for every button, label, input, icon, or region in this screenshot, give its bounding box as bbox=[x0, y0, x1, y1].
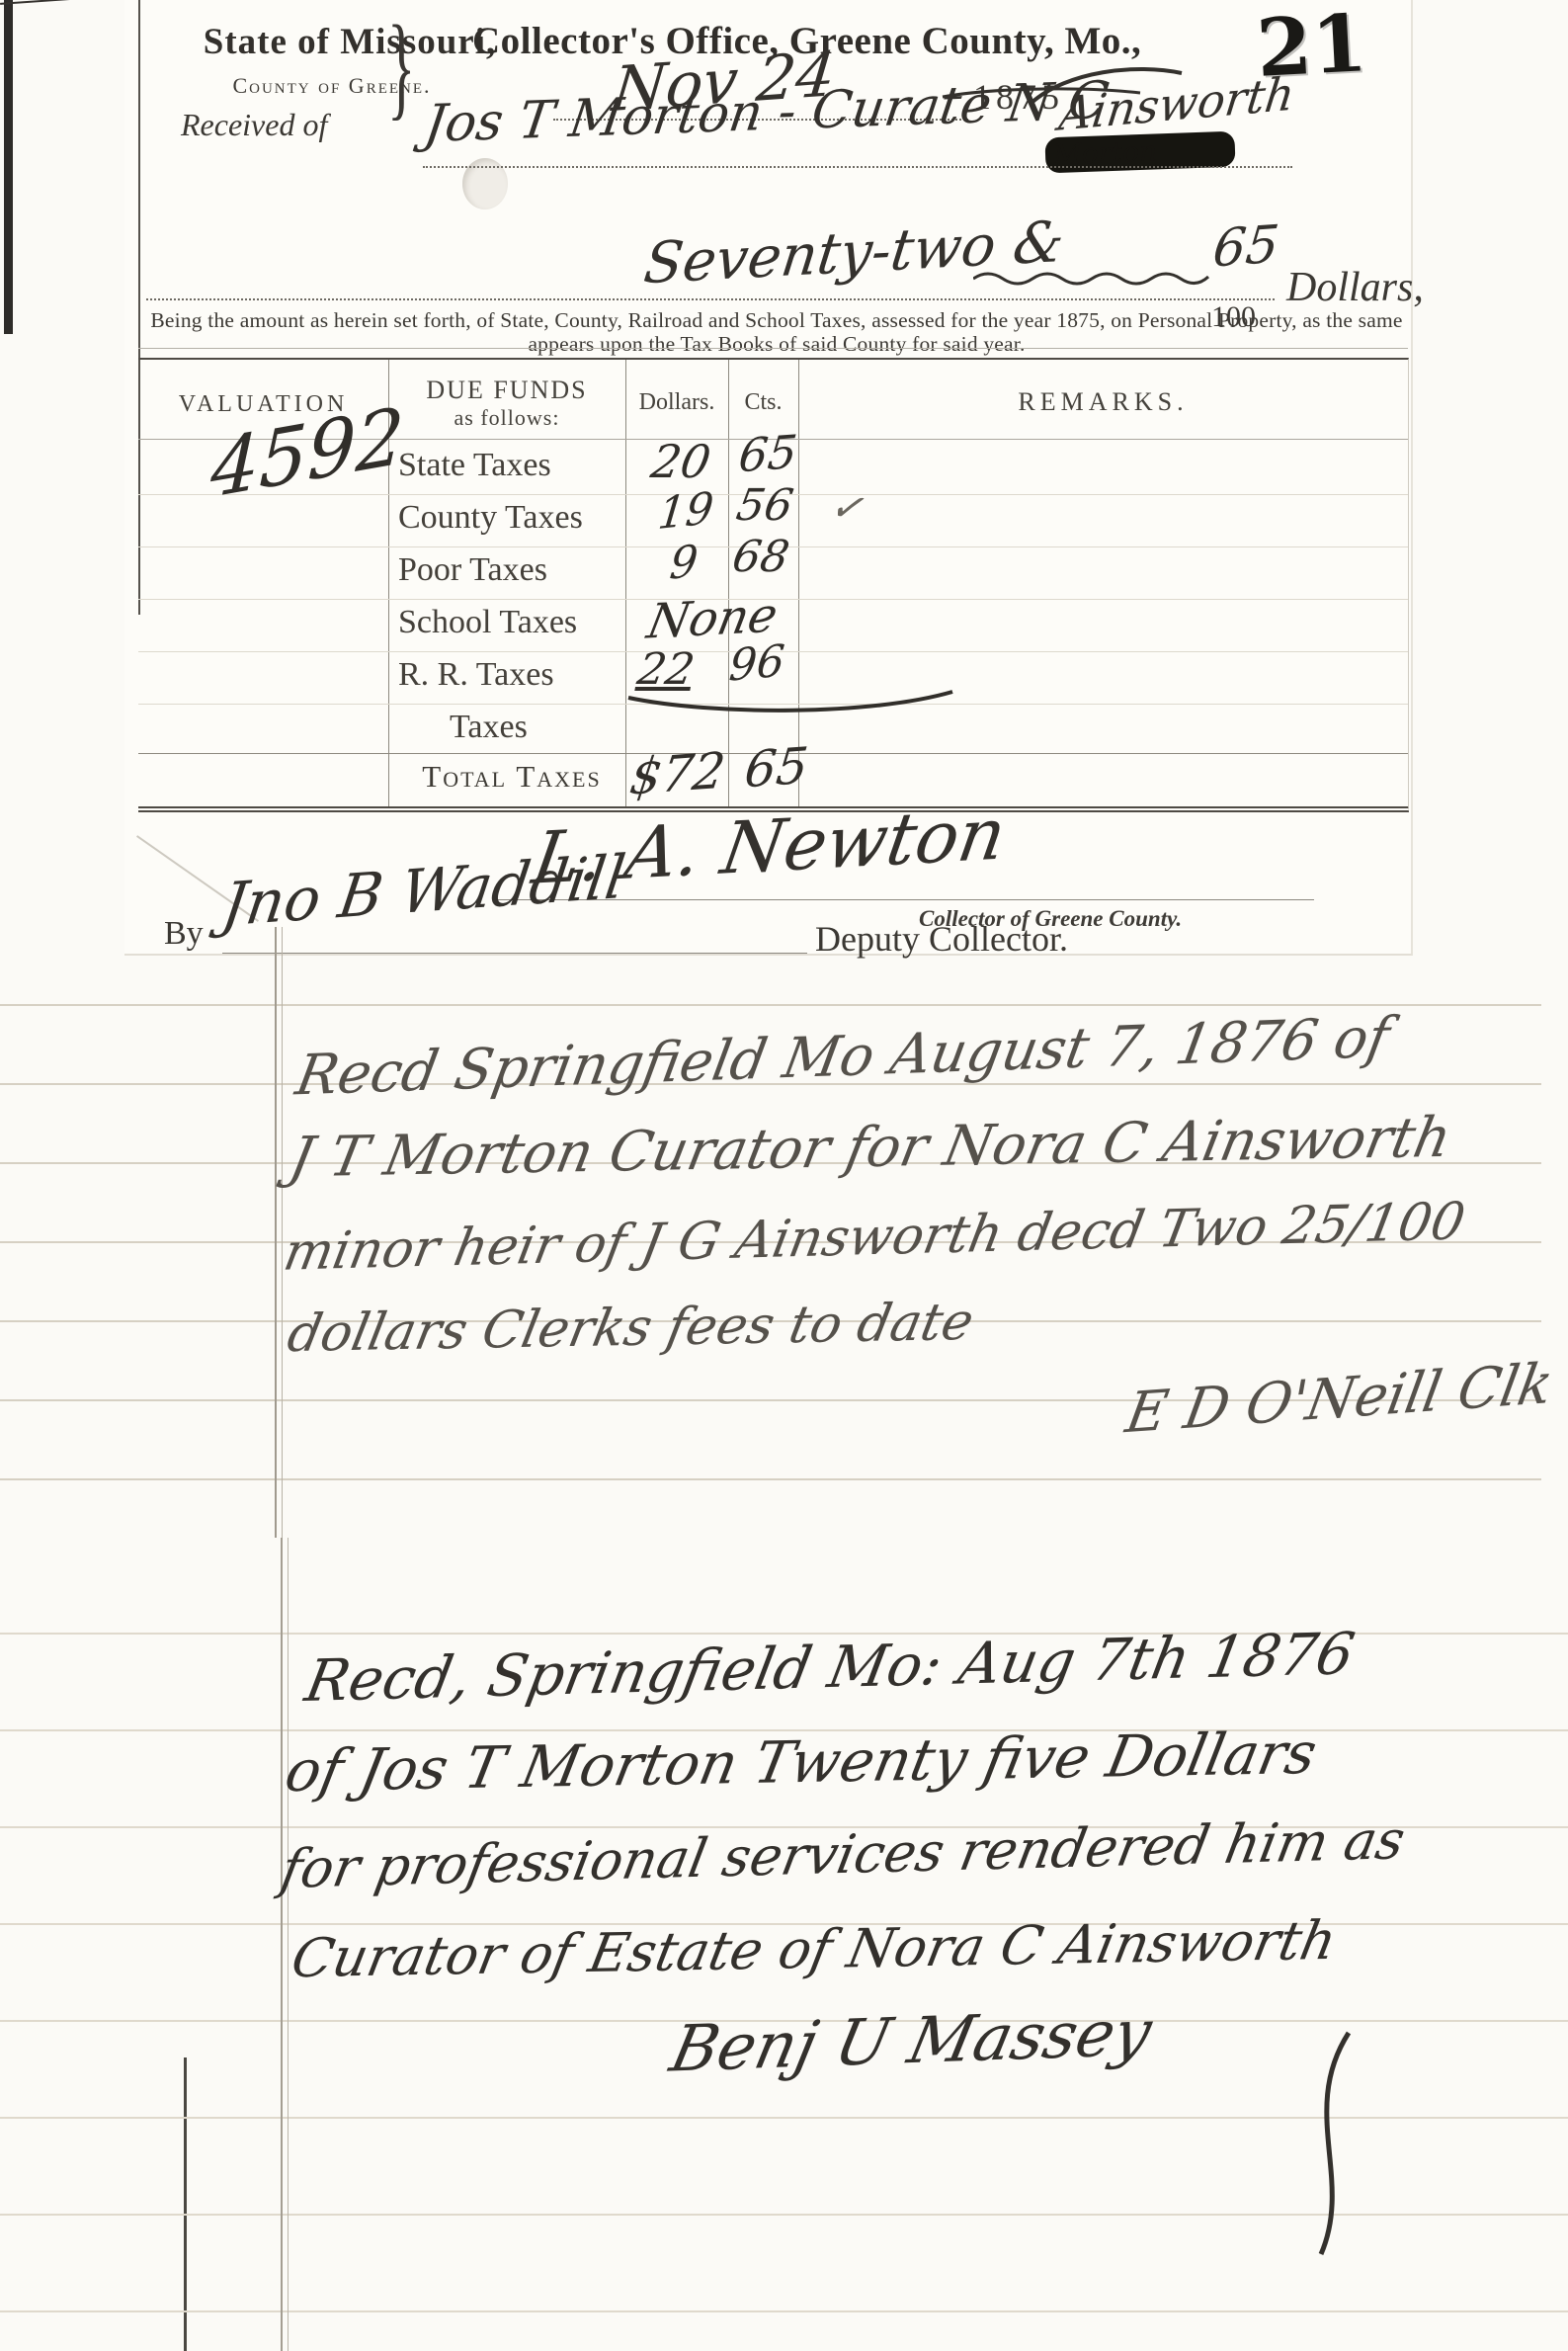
row-label-taxes: Taxes bbox=[450, 709, 528, 746]
col-header-cts: Cts. bbox=[728, 389, 798, 417]
tax-table: VALUATION DUE FUNDS as follows: Dollars.… bbox=[138, 358, 1409, 812]
dollars-label: Dollars, bbox=[1286, 267, 1424, 308]
col-header-due-funds-line1: DUE FUNDS bbox=[426, 376, 587, 404]
payer-fill-line bbox=[423, 166, 1292, 168]
row-label-poor-taxes: Poor Taxes bbox=[398, 551, 547, 589]
poor-taxes-dollars: 9 bbox=[668, 540, 701, 587]
total-taxes-label: Total Taxes bbox=[388, 759, 635, 795]
column-divider bbox=[625, 360, 626, 806]
total-taxes-dollars: $72 bbox=[627, 745, 728, 801]
col-header-due-funds: DUE FUNDS as follows: bbox=[388, 376, 625, 430]
pen-underline-flourish bbox=[624, 690, 956, 715]
scanned-document: State of Missouri, County of Greene. } C… bbox=[0, 0, 1568, 2351]
state-taxes-dollars: 20 bbox=[648, 439, 714, 484]
brace-glyph: } bbox=[387, 8, 415, 125]
row-label-state-taxes: State Taxes bbox=[398, 447, 551, 484]
poor-taxes-cents: 68 bbox=[729, 536, 792, 579]
total-taxes-cents: 65 bbox=[742, 741, 810, 796]
state-heading: State of Missouri, bbox=[184, 24, 516, 60]
received-of-label: Received of bbox=[181, 109, 327, 140]
county-taxes-cents: 56 bbox=[733, 484, 796, 528]
county-taxes-dollars: 19 bbox=[656, 487, 715, 538]
col-header-remarks: REMARKS. bbox=[798, 387, 1408, 417]
margin-rule-middle bbox=[275, 927, 283, 1538]
rr-taxes-dollars: 22 bbox=[634, 648, 698, 692]
scan-edge-strip bbox=[4, 0, 13, 334]
note2-signature: Benj U Massey bbox=[665, 2001, 1156, 2081]
note2-line2: of Jos T Morton Twenty five Dollars bbox=[281, 1724, 1321, 1800]
note1-line4: dollars Clerks fees to date bbox=[284, 1297, 977, 1360]
col-header-due-funds-line2: as follows: bbox=[388, 405, 625, 430]
amount-fill-line bbox=[146, 298, 1275, 300]
row-label-rr-taxes: R. R. Taxes bbox=[398, 656, 554, 694]
rr-taxes-cents: 96 bbox=[727, 639, 786, 688]
col-header-dollars: Dollars. bbox=[625, 389, 728, 417]
state-taxes-cents: 65 bbox=[737, 429, 799, 479]
margin-rule-bottom bbox=[281, 1538, 289, 2351]
pen-descender-flourish bbox=[1279, 2031, 1368, 2258]
table-top-rule bbox=[138, 348, 1408, 349]
county-taxes-remark-check: ✓ bbox=[827, 486, 866, 530]
pen-squiggle bbox=[973, 267, 1210, 287]
column-divider bbox=[728, 360, 729, 806]
row-label-county-taxes: County Taxes bbox=[398, 499, 583, 537]
handwritten-cents: 65 bbox=[1210, 218, 1281, 275]
row-label-school-taxes: School Taxes bbox=[398, 604, 577, 641]
